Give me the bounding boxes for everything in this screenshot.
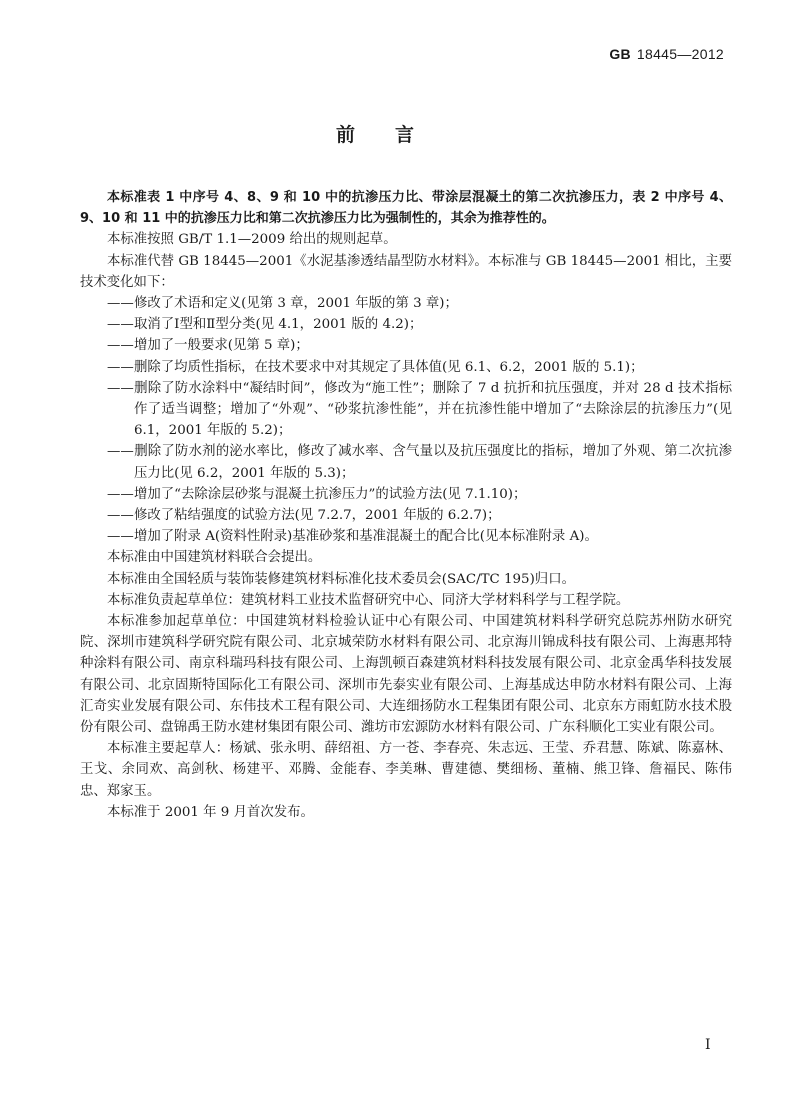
dash-marker: —— xyxy=(107,357,134,378)
first-issue-paragraph: 本标准于 2001 年 9 月首次发布。 xyxy=(80,802,732,823)
drafting-rules-paragraph: 本标准按照 GB/T 1.1—2009 给出的规则起草。 xyxy=(80,229,732,250)
dash-marker: —— xyxy=(107,484,134,505)
participating-units-paragraph: 本标准参加起草单位：中国建筑材料检验认证中心有限公司、中国建筑材料科学研究总院苏… xyxy=(80,611,732,738)
foreword-body: 本标准表 1 中序号 4、8、9 和 10 中的抗渗压力比、带涂层混凝土的第二次… xyxy=(80,187,732,823)
dash-marker: —— xyxy=(107,378,134,399)
committee-paragraph: 本标准由全国轻质与装饰装修建筑材料标准化技术委员会(SAC/TC 195)归口。 xyxy=(80,569,732,590)
list-item: ——增加了附录 A(资料性附录)基准砂浆和基准混凝土的配合比(见本标准附录 A)… xyxy=(80,526,732,547)
replacement-paragraph: 本标准代替 GB 18445—2001《水泥基渗透结晶型防水材料》。本标准与 G… xyxy=(80,251,732,293)
list-item: ——增加了一般要求(见第 5 章)； xyxy=(80,335,732,356)
drafters-paragraph: 本标准主要起草人：杨斌、张永明、薛绍祖、方一苍、李春亮、朱志远、王莹、乔君慧、陈… xyxy=(80,738,732,802)
page-title: 前言 xyxy=(0,120,790,147)
lead-drafting-units-paragraph: 本标准负责起草单位：建筑材料工业技术监督研究中心、同济大学材料科学与工程学院。 xyxy=(80,590,732,611)
standard-number: 18445—2012 xyxy=(637,46,724,62)
list-item: ——删除了防水剂的泌水率比，修改了减水率、含气量以及抗压强度比的指标，增加了外观… xyxy=(80,441,732,483)
standard-code: GB18445—2012 xyxy=(609,46,724,62)
dash-marker: —— xyxy=(107,526,134,547)
list-item: ——修改了术语和定义(见第 3 章，2001 年版的第 3 章)； xyxy=(80,293,732,314)
list-item: ——增加了“去除涂层砂浆与混凝土抗渗压力”的试验方法(见 7.1.10)； xyxy=(80,484,732,505)
list-item: ——删除了防水涂料中“凝结时间”，修改为“施工性”；删除了 7 d 抗折和抗压强… xyxy=(80,378,732,442)
dash-marker: —— xyxy=(107,441,134,462)
dash-marker: —— xyxy=(107,505,134,526)
mandatory-clause-paragraph: 本标准表 1 中序号 4、8、9 和 10 中的抗渗压力比、带涂层混凝土的第二次… xyxy=(80,187,732,229)
dash-marker: —— xyxy=(107,335,134,356)
dash-marker: —— xyxy=(107,314,134,335)
list-item: ——取消了Ⅰ型和Ⅱ型分类(见 4.1，2001 版的 4.2)； xyxy=(80,314,732,335)
list-item: ——修改了粘结强度的试验方法(见 7.2.7，2001 年版的 6.2.7)； xyxy=(80,505,732,526)
changes-list: ——修改了术语和定义(见第 3 章，2001 年版的第 3 章)； ——取消了Ⅰ… xyxy=(80,293,732,547)
dash-marker: —— xyxy=(107,293,134,314)
page-number: I xyxy=(705,1037,711,1053)
list-item: ——删除了均质性指标，在技术要求中对其规定了具体值(见 6.1、6.2，2001… xyxy=(80,357,732,378)
standard-prefix: GB xyxy=(609,46,631,62)
proposer-paragraph: 本标准由中国建筑材料联合会提出。 xyxy=(80,547,732,568)
